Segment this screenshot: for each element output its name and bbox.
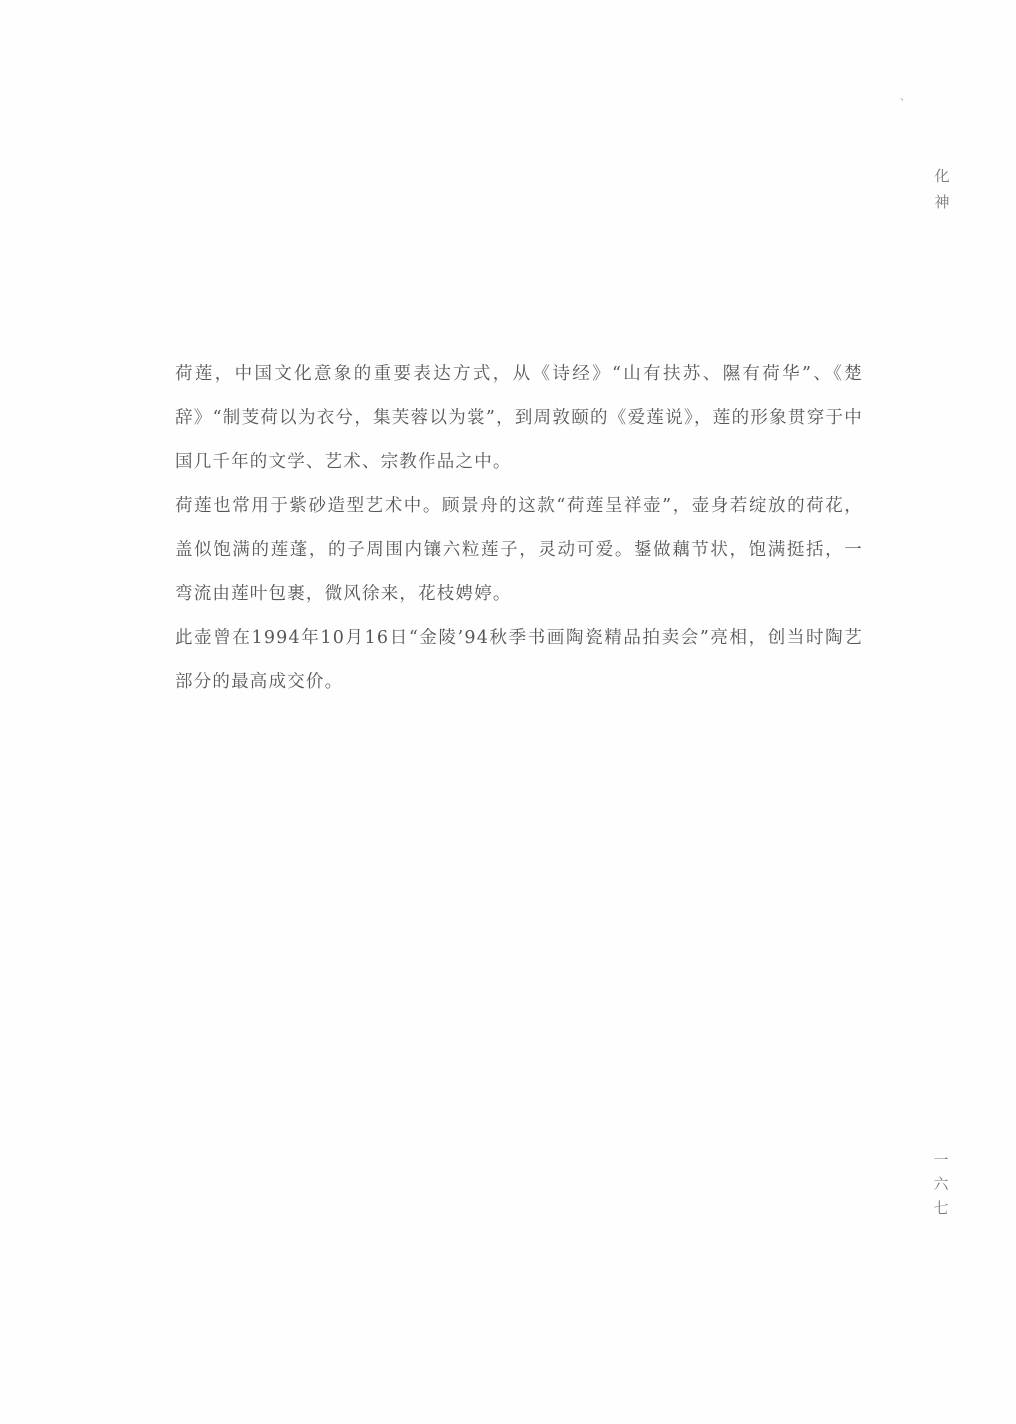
running-header-vertical: 化 神 xyxy=(932,163,952,215)
page-number-char: 一 xyxy=(930,1148,952,1172)
book-page: 、 化 神 荷莲，中国文化意象的重要表达方式，从《诗经》“山有扶苏、隰有荷华”、… xyxy=(0,0,1016,1424)
running-header-char: 化 xyxy=(932,163,952,189)
body-text: 荷莲，中国文化意象的重要表达方式，从《诗经》“山有扶苏、隰有荷华”、《楚辞》“制… xyxy=(175,352,863,704)
paragraph-3: 此壶曾在1994年10月16日“金陵’94秋季书画陶瓷精品拍卖会”亮相，创当时陶… xyxy=(175,616,863,704)
corner-mark: 、 xyxy=(900,88,910,103)
page-number-char: 七 xyxy=(930,1196,952,1220)
page-number-vertical: 一 六 七 xyxy=(930,1148,952,1220)
paragraph-1: 荷莲，中国文化意象的重要表达方式，从《诗经》“山有扶苏、隰有荷华”、《楚辞》“制… xyxy=(175,352,863,484)
running-header-char: 神 xyxy=(932,189,952,215)
page-number-char: 六 xyxy=(930,1172,952,1196)
paragraph-2: 荷莲也常用于紫砂造型艺术中。顾景舟的这款“荷莲呈祥壶”，壶身若绽放的荷花，盖似饱… xyxy=(175,484,863,616)
